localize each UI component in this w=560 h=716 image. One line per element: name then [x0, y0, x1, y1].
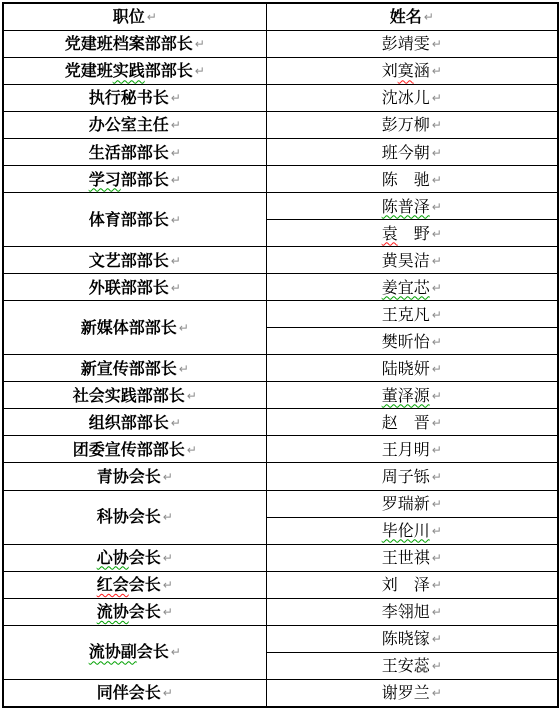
name-text: 王克凡	[382, 305, 430, 324]
table-row: 科协会长↵ 罗瑞新↵	[3, 490, 558, 517]
header-position-text: 职位	[113, 7, 145, 26]
position-text: 会长	[129, 602, 161, 621]
name-cell: 姜宜芯↵	[266, 274, 558, 301]
pilcrow-icon: ↵	[163, 605, 173, 619]
position-text: 会长	[129, 575, 161, 594]
name-text: 野	[398, 224, 430, 243]
name-text: 王世祺	[382, 548, 430, 567]
position-cell-merged: 新媒体部部长↵	[3, 301, 266, 355]
pilcrow-icon: ↵	[432, 37, 442, 51]
position-cell: 外联部部长↵	[3, 274, 266, 301]
positions-names-table: 职位↵ 姓名↵ 党建班档案部部长↵ 彭靖雯↵ 党建班实践部部长↵ 刘寞涵↵ 执行…	[2, 2, 559, 708]
name-cell: 彭靖雯↵	[266, 31, 558, 58]
name-cell: 樊昕怡↵	[266, 328, 558, 355]
position-cell-merged: 科协会长↵	[3, 490, 266, 544]
name-cell: 李翎旭↵	[266, 598, 558, 625]
pilcrow-icon: ↵	[432, 605, 442, 619]
name-text: 彭靖雯	[382, 34, 430, 53]
spellcheck-marked-text: 流协	[97, 602, 129, 621]
pilcrow-icon: ↵	[432, 443, 442, 457]
name-cell: 袁 野↵	[266, 220, 558, 247]
position-cell: 执行秘书长↵	[3, 85, 266, 112]
name-text: 涵	[414, 61, 430, 80]
position-cell-merged: 流协副会长↵	[3, 625, 266, 679]
name-cell: 沈冰儿↵	[266, 85, 558, 112]
name-text: 李翎旭	[382, 602, 430, 621]
pilcrow-icon: ↵	[432, 281, 442, 295]
name-cell: 王世祺↵	[266, 544, 558, 571]
position-cell: 党建班档案部部长↵	[3, 31, 266, 58]
name-text: 陈 驰	[382, 170, 430, 189]
name-text: 刘 泽	[382, 575, 430, 594]
spellcheck-marked-text: 毕伦川	[382, 521, 430, 540]
pilcrow-icon: ↵	[432, 470, 442, 484]
position-text: 文艺部部长	[89, 251, 169, 270]
pilcrow-icon: ↵	[424, 10, 434, 24]
spellcheck-marked-text: 寞	[398, 61, 414, 80]
position-text: 科协会长	[97, 507, 161, 526]
name-text: 黄昊洁	[382, 251, 430, 270]
pilcrow-icon: ↵	[163, 578, 173, 592]
position-text: 同伴会长	[97, 683, 161, 702]
position-text: 组织部部长	[89, 413, 169, 432]
table-row: 新媒体部部长↵ 王克凡↵	[3, 301, 558, 328]
position-cell: 社会实践部部长↵	[3, 382, 266, 409]
position-text: 执行秘书长	[89, 88, 169, 107]
pilcrow-icon: ↵	[432, 254, 442, 268]
name-cell: 董泽源↵	[266, 382, 558, 409]
table-row: 心协会长↵ 王世祺↵	[3, 544, 558, 571]
position-cell-merged: 体育部部长↵	[3, 193, 266, 247]
position-cell: 流协会长↵	[3, 598, 266, 625]
name-cell: 彭万柳↵	[266, 112, 558, 139]
position-cell: 同伴会长↵	[3, 679, 266, 707]
pilcrow-icon: ↵	[432, 686, 442, 700]
table-row: 生活部部长↵ 班今朝↵	[3, 139, 558, 166]
pilcrow-icon: ↵	[432, 64, 442, 78]
name-text: 罗瑞新	[382, 494, 430, 513]
table-row: 党建班档案部部长↵ 彭靖雯↵	[3, 31, 558, 58]
name-text: 陈晓镓	[382, 629, 430, 648]
pilcrow-icon: ↵	[432, 416, 442, 430]
table-row: 组织部部长↵ 赵 晋↵	[3, 409, 558, 436]
table-row: 团委宣传部部长↵ 王月明↵	[3, 436, 558, 463]
table-row: 执行秘书长↵ 沈冰儿↵	[3, 85, 558, 112]
position-text: 生活部部长	[89, 143, 169, 162]
name-cell: 陆晓妍↵	[266, 355, 558, 382]
pilcrow-icon: ↵	[171, 173, 181, 187]
pilcrow-icon: ↵	[163, 470, 173, 484]
pilcrow-icon: ↵	[432, 200, 442, 214]
header-name-text: 姓名	[390, 7, 422, 26]
name-text: 刘	[382, 61, 398, 80]
pilcrow-icon: ↵	[171, 213, 181, 227]
header-row: 职位↵ 姓名↵	[3, 3, 558, 31]
pilcrow-icon: ↵	[171, 91, 181, 105]
name-text: 周子铄	[382, 467, 430, 486]
name-cell: 刘 泽↵	[266, 571, 558, 598]
position-text: 青协会长	[97, 467, 161, 486]
column-header-name: 姓名↵	[266, 3, 558, 31]
column-header-position: 职位↵	[3, 3, 266, 31]
table-row: 流协副会长↵ 陈晓镓↵	[3, 625, 558, 652]
position-text: 团委宣传部部长	[73, 440, 185, 459]
position-cell: 新宣传部部长↵	[3, 355, 266, 382]
name-text: 王安蕊	[382, 656, 430, 675]
spellcheck-marked-text: 陈普泽	[382, 197, 430, 216]
pilcrow-icon: ↵	[171, 254, 181, 268]
name-cell: 王安蕊↵	[266, 652, 558, 679]
position-cell: 文艺部部长↵	[3, 247, 266, 274]
table-row: 党建班实践部部长↵ 刘寞涵↵	[3, 58, 558, 85]
pilcrow-icon: ↵	[195, 37, 205, 51]
position-text: 党建班	[65, 61, 113, 80]
pilcrow-icon: ↵	[432, 362, 442, 376]
name-text: 赵 晋	[382, 413, 430, 432]
name-cell: 周子铄↵	[266, 463, 558, 490]
position-cell: 青协会长↵	[3, 463, 266, 490]
pilcrow-icon: ↵	[163, 686, 173, 700]
pilcrow-icon: ↵	[147, 10, 157, 24]
table-row: 同伴会长↵ 谢罗兰↵	[3, 679, 558, 707]
pilcrow-icon: ↵	[432, 118, 442, 132]
name-cell: 刘寞涵↵	[266, 58, 558, 85]
table-row: 青协会长↵ 周子铄↵	[3, 463, 558, 490]
table-row: 办公室主任↵ 彭万柳↵	[3, 112, 558, 139]
pilcrow-icon: ↵	[432, 91, 442, 105]
pilcrow-icon: ↵	[432, 632, 442, 646]
table-row: 红会会长↵ 刘 泽↵	[3, 571, 558, 598]
table-row: 新宣传部部长↵ 陆晓妍↵	[3, 355, 558, 382]
pilcrow-icon: ↵	[163, 551, 173, 565]
document-page: { "glyphs": { "pilcrow": "↵" }, "colors"…	[0, 0, 560, 716]
position-cell: 生活部部长↵	[3, 139, 266, 166]
name-cell: 赵 晋↵	[266, 409, 558, 436]
position-text: 办公室主任	[89, 115, 169, 134]
pilcrow-icon: ↵	[187, 443, 197, 457]
name-cell: 黄昊洁↵	[266, 247, 558, 274]
position-cell: 办公室主任↵	[3, 112, 266, 139]
pilcrow-icon: ↵	[171, 118, 181, 132]
name-cell: 班今朝↵	[266, 139, 558, 166]
name-text: 陆晓妍	[382, 359, 430, 378]
pilcrow-icon: ↵	[432, 524, 442, 538]
spellcheck-marked-text: 学习	[89, 170, 121, 189]
name-cell: 毕伦川↵	[266, 517, 558, 544]
pilcrow-icon: ↵	[432, 227, 442, 241]
name-text: 沈冰儿	[382, 88, 430, 107]
pilcrow-icon: ↵	[432, 389, 442, 403]
pilcrow-icon: ↵	[432, 335, 442, 349]
table-row: 体育部部长↵ 陈普泽↵	[3, 193, 558, 220]
table-row: 社会实践部部长↵ 董泽源↵	[3, 382, 558, 409]
pilcrow-icon: ↵	[195, 64, 205, 78]
pilcrow-icon: ↵	[432, 578, 442, 592]
pilcrow-icon: ↵	[432, 551, 442, 565]
name-text: 彭万柳	[382, 115, 430, 134]
position-text: 部部长	[145, 61, 193, 80]
name-cell: 陈晓镓↵	[266, 625, 558, 652]
position-cell: 团委宣传部部长↵	[3, 436, 266, 463]
table-row: 流协会长↵ 李翎旭↵	[3, 598, 558, 625]
name-text: 班今朝	[382, 143, 430, 162]
pilcrow-icon: ↵	[171, 281, 181, 295]
table-row: 文艺部部长↵ 黄昊洁↵	[3, 247, 558, 274]
position-cell: 组织部部长↵	[3, 409, 266, 436]
name-text: 王月明	[382, 440, 430, 459]
table-row: 学习部部长↵ 陈 驰↵	[3, 166, 558, 193]
pilcrow-icon: ↵	[432, 497, 442, 511]
pilcrow-icon: ↵	[171, 416, 181, 430]
name-cell: 王月明↵	[266, 436, 558, 463]
position-text: 党建班档案部部长	[65, 34, 193, 53]
pilcrow-icon: ↵	[432, 659, 442, 673]
name-text: 樊昕怡	[382, 332, 430, 351]
position-cell: 学习部部长↵	[3, 166, 266, 193]
pilcrow-icon: ↵	[432, 146, 442, 160]
table-row: 外联部部长↵ 姜宜芯↵	[3, 274, 558, 301]
pilcrow-icon: ↵	[171, 146, 181, 160]
position-text: 社会实践部部长	[73, 386, 185, 405]
spellcheck-marked-text: 董泽源	[382, 386, 430, 405]
position-text: 部部长	[121, 170, 169, 189]
position-text: 新媒体部部长	[81, 318, 177, 337]
position-text: 会长	[137, 642, 169, 661]
pilcrow-icon: ↵	[179, 321, 189, 335]
pilcrow-icon: ↵	[432, 308, 442, 322]
position-text: 会长	[129, 548, 161, 567]
spellcheck-marked-text: 流协副	[89, 642, 137, 661]
name-cell: 谢罗兰↵	[266, 679, 558, 707]
position-text: 体育部部长	[89, 210, 169, 229]
position-cell: 党建班实践部部长↵	[3, 58, 266, 85]
pilcrow-icon: ↵	[163, 510, 173, 524]
spellcheck-marked-text: 红会	[97, 575, 129, 594]
pilcrow-icon: ↵	[179, 362, 189, 376]
position-cell: 红会会长↵	[3, 571, 266, 598]
position-text: 新宣传部部长	[81, 359, 177, 378]
position-cell: 心协会长↵	[3, 544, 266, 571]
name-text: 谢罗兰	[382, 683, 430, 702]
name-cell: 陈 驰↵	[266, 166, 558, 193]
spellcheck-marked-text: 实践	[113, 61, 145, 80]
spellcheck-marked-text: 姜宜芯	[382, 278, 430, 297]
spellcheck-marked-text: 心协	[97, 548, 129, 567]
name-cell: 陈普泽↵	[266, 193, 558, 220]
spellcheck-marked-text: 袁	[382, 224, 398, 243]
pilcrow-icon: ↵	[187, 389, 197, 403]
name-cell: 王克凡↵	[266, 301, 558, 328]
pilcrow-icon: ↵	[432, 173, 442, 187]
name-cell: 罗瑞新↵	[266, 490, 558, 517]
pilcrow-icon: ↵	[171, 645, 181, 659]
position-text: 外联部部长	[89, 278, 169, 297]
